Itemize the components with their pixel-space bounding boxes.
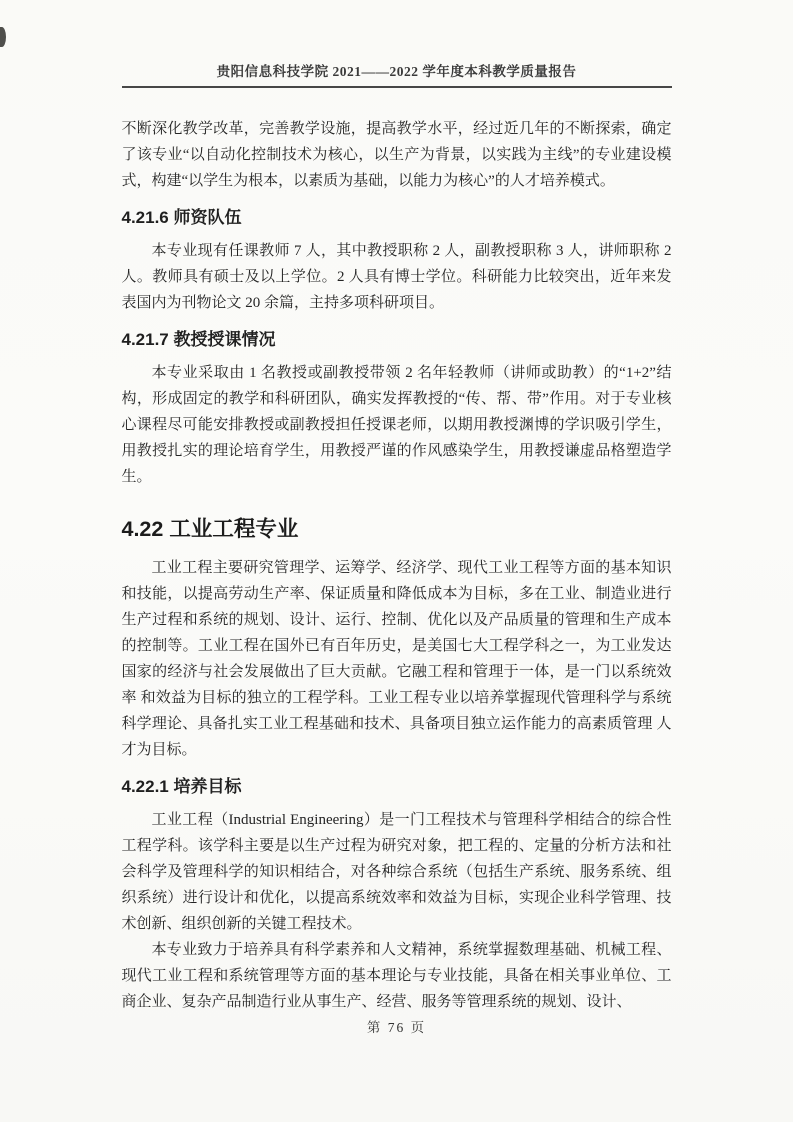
body-paragraph-industrial-engineering-intro: 工业工程主要研究管理学、运筹学、经济学、现代工业工程等方面的基本知识和技能，以提…: [122, 555, 672, 763]
body-paragraph-training-objective-2: 本专业致力于培养具有科学素养和人文精神，系统掌握数理基础、机械工程、现代工业工程…: [122, 937, 672, 1015]
section-heading-4-22-1: 4.22.1 培养目标: [122, 776, 672, 798]
body-paragraph-training-objective-1: 工业工程（Industrial Engineering）是一门工程技术与管理科学…: [122, 807, 672, 937]
document-page: 贵阳信息科技学院 2021——2022 学年度本科教学质量报告 不断深化教学改革…: [0, 0, 793, 1122]
section-heading-4-21-7: 4.21.7 教授授课情况: [122, 329, 672, 351]
scan-artifact-speck: [508, 121, 511, 124]
body-paragraph-faculty: 本专业现有任课教师 7 人，其中教授职称 2 人，副教授职称 3 人，讲师职称 …: [122, 238, 672, 316]
section-heading-4-22: 4.22 工业工程专业: [122, 515, 672, 543]
section-heading-4-21-6: 4.21.6 师资队伍: [122, 207, 672, 229]
running-header: 贵阳信息科技学院 2021——2022 学年度本科教学质量报告: [0, 0, 793, 88]
page-footer: 第 76 页: [0, 1016, 793, 1036]
body-paragraph-professor-teaching: 本专业采取由 1 名教授或副教授带领 2 名年轻教师（讲师或助教）的“1+2”结…: [122, 360, 672, 490]
body-paragraph-continuation: 不断深化教学改革，完善教学设施，提高教学水平，经过近几年的不断探索，确定了该专业…: [122, 116, 672, 194]
page-number: 第 76 页: [367, 1020, 426, 1035]
document-body: 不断深化教学改革，完善教学设施，提高教学水平，经过近几年的不断探索，确定了该专业…: [122, 88, 672, 1015]
running-header-title: 贵阳信息科技学院 2021——2022 学年度本科教学质量报告: [217, 62, 577, 81]
